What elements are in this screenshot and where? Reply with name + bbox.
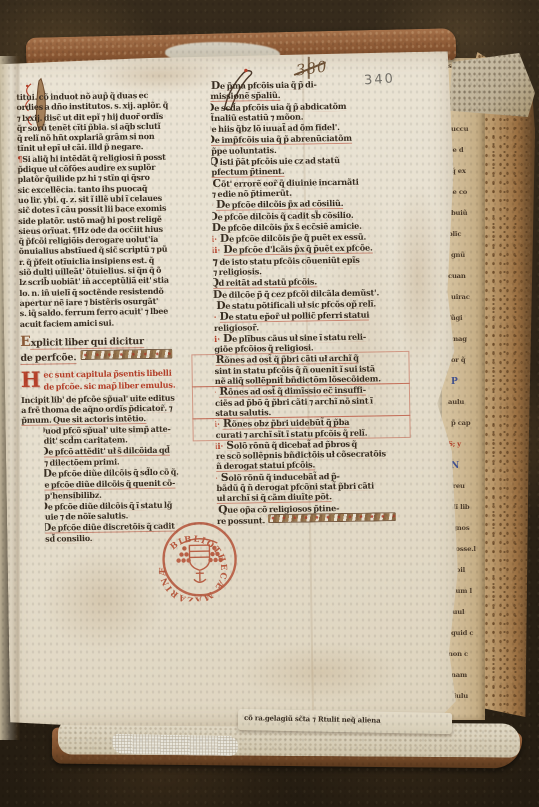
leaf-text-fragment: mag — [451, 335, 467, 343]
chapter-text: De pfcõe diũe dilcõis q̃ quenit cõ- — [44, 478, 175, 490]
leaf-text-fragment: aulu — [448, 398, 464, 406]
rubric-initial: H — [21, 369, 41, 390]
chapter-entry: ·xxiiii·De plĩbus cãus uł sine ĩ statu r… — [192, 331, 408, 355]
fragment-line: cõ ra.gelagiũ sc̃ta ⁊ Rtulit neq̃ aliena — [244, 713, 381, 725]
chapter-text: giõe pfcõios q̃ religiosi. — [214, 343, 313, 355]
chapter-entry: ·v·De pfcõe diũe dilcõis q̃ quenit cõ-p'… — [22, 478, 194, 501]
chapter-text: sd̃ consilio. — [45, 533, 92, 544]
chapter-entry: ·viii·De p̃ma pfcõis uia q̃ p̃ di-missio… — [188, 78, 404, 102]
chapter-entry: ·iii·De pfcõ attẽdit' uł s̃ dilcõida qd̃… — [22, 445, 194, 468]
chapter-text: ⁊ religiosis. — [213, 266, 262, 277]
explicit-line1: xplicit liber qui dicitur — [31, 336, 144, 350]
damaged-corner — [447, 53, 535, 117]
chapter-text: Q̃d reitãt ad statũ pfcõis. — [213, 277, 317, 289]
left-text-column: titui. cõ induot nõ aup̃ q̃ duas ecordie… — [16, 89, 195, 545]
chapter-entry: ·xxix·Solõ rõnũ q̃ inducebãt̃ ad p̃-bãdũ… — [194, 470, 410, 504]
leaf-text-fragment: uirac — [451, 293, 470, 301]
chapter-text: ⁊ edie nõ p̃timerũt. — [212, 188, 292, 200]
chapter-entry: ·ii·Quod pfcõ sp̃ual' uite simp̃ atte-di… — [21, 423, 193, 446]
folio-number-crossed: 380 — [295, 57, 329, 79]
chapter-numeral: ·xxvii· — [215, 419, 220, 429]
colored-initial-fragment: P — [451, 377, 458, 387]
leaf-text-fragment: gnũ — [451, 251, 465, 259]
chapter-entry: ·xxvii·Rõnes obz p̃bri uidebũt̃ q̃ p̃bac… — [193, 416, 409, 440]
leaf-text-fragment: p̃ cap — [451, 419, 470, 427]
chapter-text: ⁊ dilectõem primi. — [44, 456, 120, 467]
library-stamp: BIBLIOTHECÆ MAZARINÆ — [157, 517, 242, 602]
frayed-cloth — [112, 734, 238, 756]
chapter-text: uł archĩ si q̃ cãm diuĩte põt. — [217, 491, 332, 503]
chapter-numeral: ·xxix· — [216, 473, 218, 483]
chapter-text: statu salutis. — [215, 407, 271, 418]
chapter-numeral: ·xiiii· — [212, 200, 213, 210]
text-line: acuit faciem amici sui. — [20, 316, 192, 329]
chapter-entry: ·xxvi·Rõnes ad ost̃ q̃ dimĩssio ec̃ insu… — [193, 384, 409, 418]
chapter-text: missionẽ sp̃aliũ. — [210, 90, 280, 101]
chapter-entry: ·xxiii·De statu ep̃or̃ uł pollic̃ pferri… — [192, 309, 408, 333]
explicit-section: Explicit liber qui dicitur de perfcõe. — [20, 332, 192, 366]
leaf-text-fragment: cuan — [448, 272, 466, 280]
leaf-text-fragment: buiũ — [451, 209, 467, 217]
chapter-text: De imp̃fcõis uia q̃ p̃ abrenũciatõm — [211, 133, 352, 146]
line-filler — [268, 512, 396, 523]
chapter-entry: ·xi·De imp̃fcõis uia q̃ p̃ abrenũciatõmp… — [189, 132, 405, 156]
leaf-text-fragment: uccu — [451, 125, 468, 133]
chapter-text: De pfcõe diũe discretõis q̃ cadit — [45, 521, 175, 533]
incipit-section: Incipit lib' de pfcõe sp̃ual' uite editu… — [21, 392, 193, 426]
left-body-text: titui. cõ induot nõ aup̃ q̃ duas ecordie… — [16, 89, 192, 329]
right-chapter-list: ·viii·De p̃ma pfcõis uia q̃ p̃ di-missio… — [188, 78, 411, 527]
chapter-text: uie ⁊ de nõĩe salutis. — [45, 510, 129, 522]
chapter-numeral: ·xxviii· — [213, 245, 221, 255]
chapter-text: pfectum p̃tinent. — [211, 166, 284, 177]
chapter-text: De pfcõe diũe dilcõis q̃ sd̃lo cõ q̃. — [44, 466, 179, 478]
stain — [205, 628, 436, 718]
chapter-text: religiosor̃. — [214, 322, 259, 333]
chapter-line: re possunt. — [217, 512, 411, 526]
gutter-shadow — [0, 56, 20, 740]
manuscript-page: 380 340 titui. cõ induot nõ aup̃ q̃ duas… — [0, 51, 462, 730]
chapter-text: t̃naliũ estatiũ ⁊ mõon. — [211, 111, 304, 123]
right-text-column: ·viii·De p̃ma pfcõis uia q̃ p̃ di-missio… — [188, 78, 411, 528]
chapter-numeral: ·xxiii· — [214, 312, 217, 322]
chapter-numeral: ·xxviii· — [216, 441, 224, 451]
chapter-entry: ·xxviii·Solõ rõnũ q̃ dicebat̃ ad p̃bros … — [194, 438, 410, 472]
strike-line-2 — [308, 57, 310, 79]
rubric-line2: de pfcõe. sic map̃ liber emulus. — [43, 378, 193, 392]
explicit-initial: E — [20, 334, 31, 350]
chapter-entry: ·xii·Q̃ isti p̃ãt pfcõis uie cz ad statũ… — [189, 154, 405, 178]
chapter-entry: ·ix·De scd̃a pfcõis uia q̃ p̃ abdicatõmt… — [188, 100, 404, 124]
chapter-entry: ·xxv·Rõnes ad ost̃ q̃ p̃bri cãti uł arch… — [192, 352, 408, 386]
bottom-text-fragment: cõ ra.gelagiũ sc̃ta ⁊ Rtulit neq̃ aliena — [238, 709, 452, 734]
leaf-text-fragment: nam — [451, 671, 467, 679]
chapter-text: De pfcõe dilcõis q̃ cadit sb̃ cõsilio. — [212, 209, 353, 222]
leaf-text-fragment: quid c — [451, 629, 473, 637]
chapter-numeral: ·xxiiii· — [214, 334, 220, 344]
manuscript-photo: soceunt fdeq̃uccup̃e dq̃ exde cobuiũplĩc… — [0, 0, 539, 807]
leaf-text-fragment: non c — [448, 650, 468, 658]
chapter-text: ñ derogat statui pfcõis. — [216, 460, 315, 472]
braided-line-filler — [80, 348, 172, 359]
chapter-text: De pfcõe dilcõis p̃x ad cõsiliũ. — [216, 198, 344, 210]
chapter-numeral: ·xxvii· — [212, 234, 217, 244]
rubric-section: H ec sunt capitula p̃sentis libelli de p… — [21, 366, 193, 393]
chapter-text: De pfcõ attẽdit' uł s̃ dilcõida qd̃ — [44, 445, 170, 457]
chapter-numeral: ·xxvi· — [215, 387, 217, 397]
chapter-text: dit' scd̃m caritatem. — [44, 434, 128, 446]
chapter-text: p'hensibilibz. — [44, 489, 101, 500]
chapter-entry: ·xiii·Cõt' errorẽ eor̃ q̃ diuinie incarn… — [190, 176, 406, 200]
chapter-entry: ·xix·⁊ de isto statu pfcõis cõueniũt epĩ… — [191, 254, 407, 278]
chapter-text: p̃pe uoluntatis. — [211, 145, 277, 156]
chapter-text: De hiis q̃bz lõ iuuat̃ ad õm fidel'. — [211, 122, 340, 134]
explicit-line2: de perfcõe. — [20, 352, 76, 365]
